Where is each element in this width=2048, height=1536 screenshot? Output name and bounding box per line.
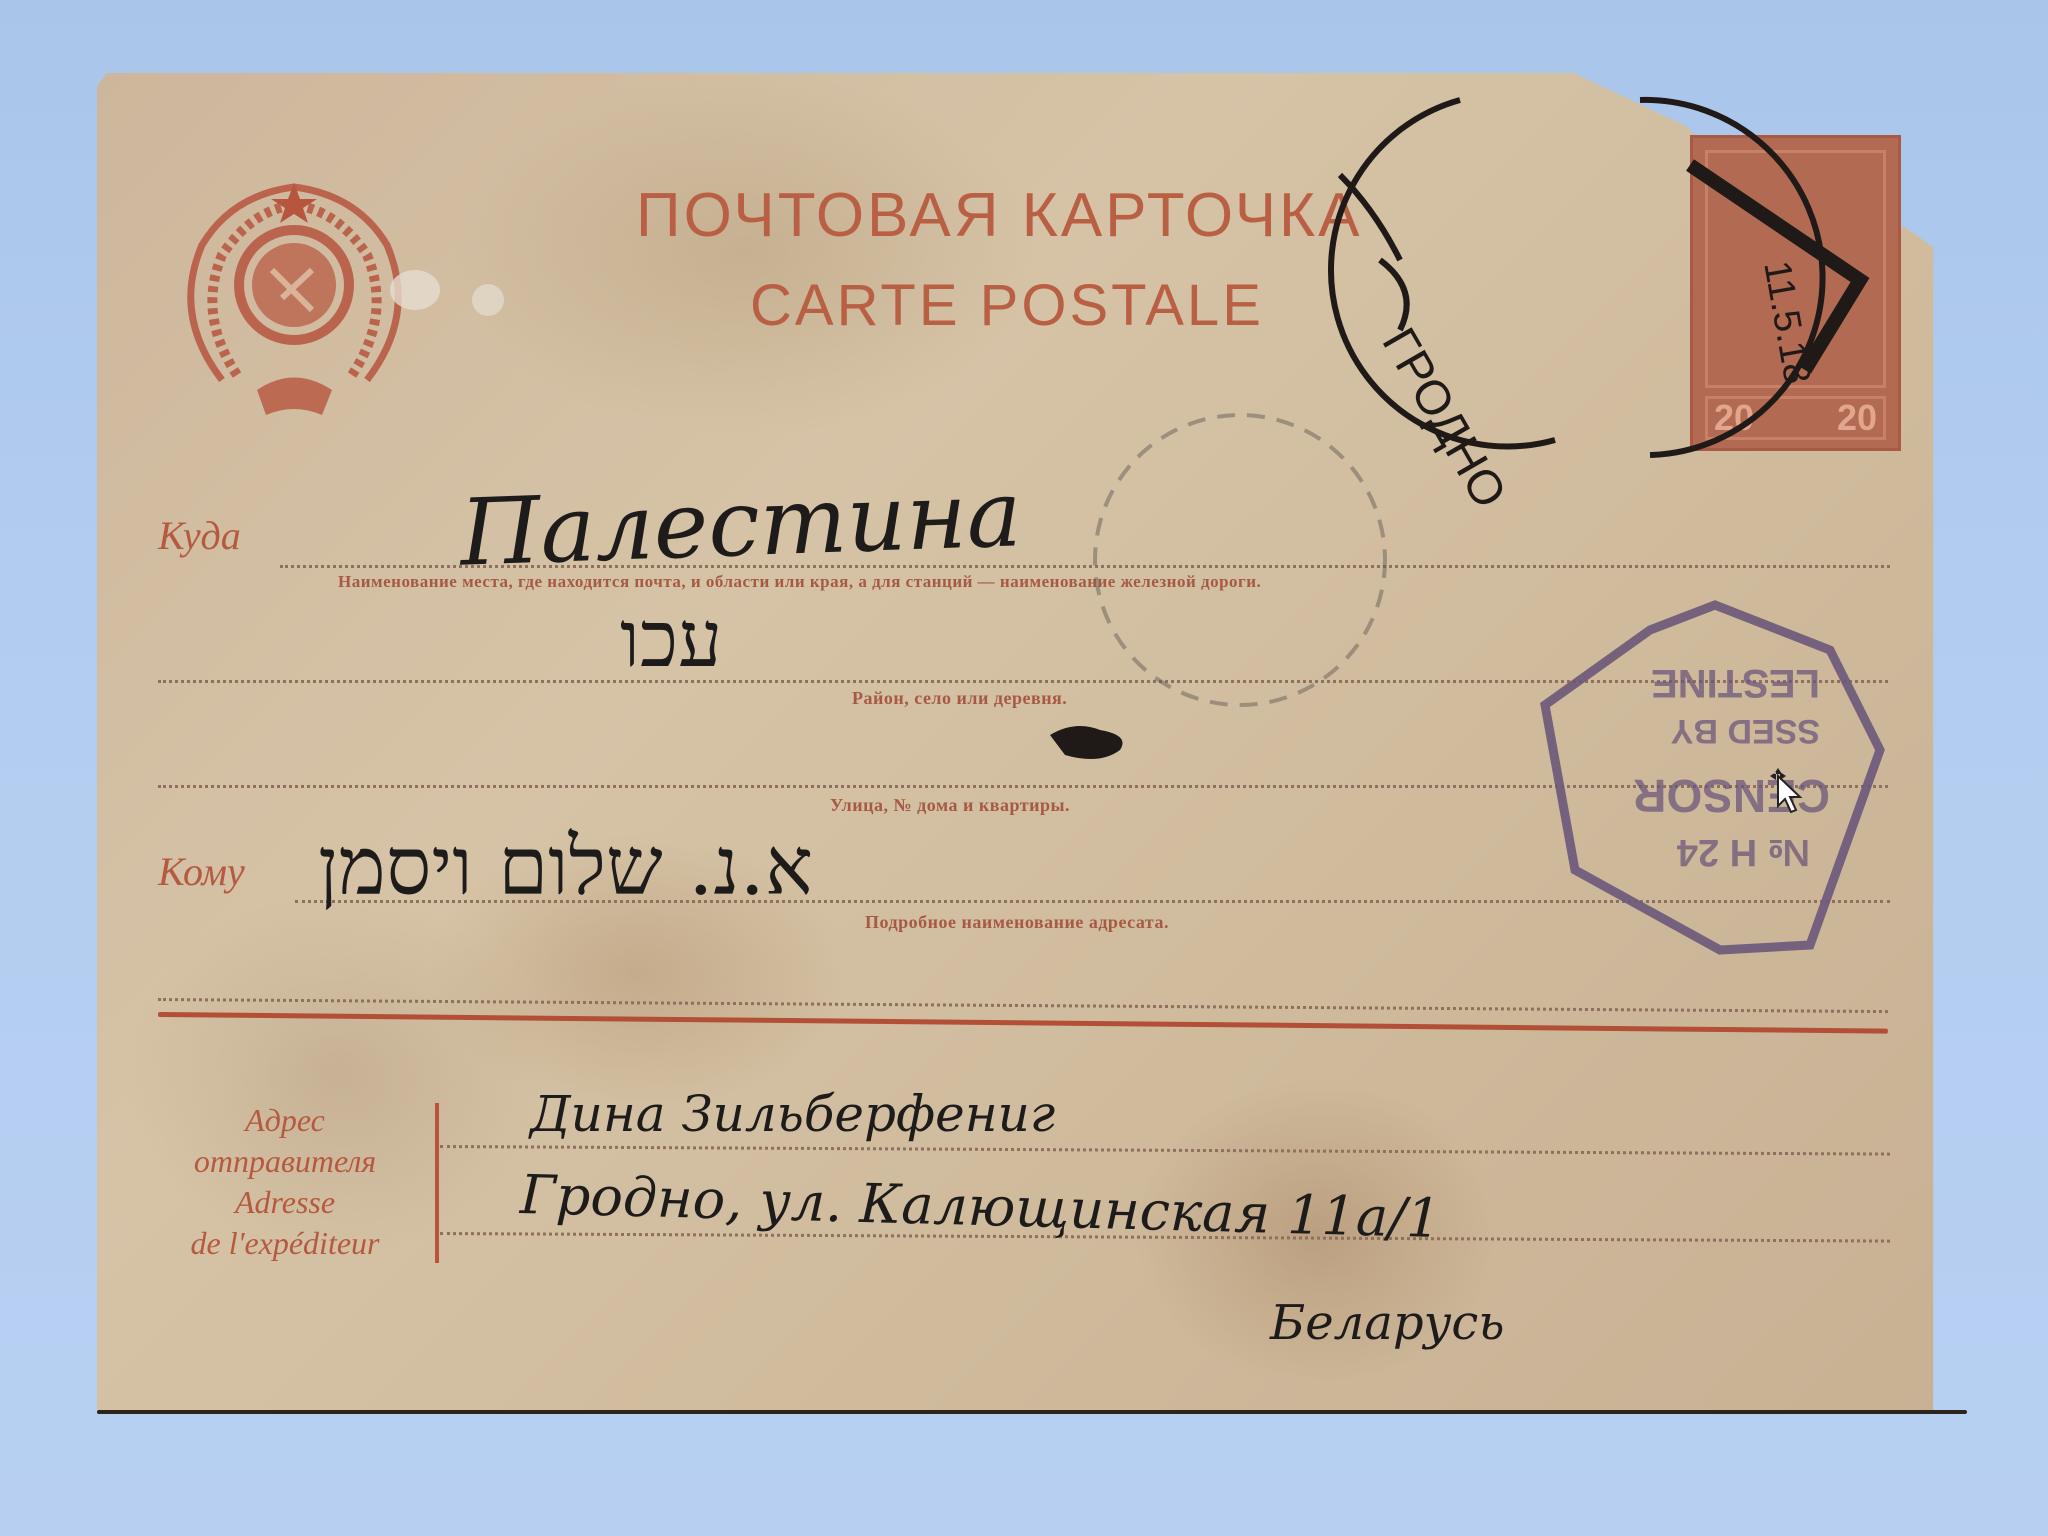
mouse-cursor-icon — [1770, 768, 1810, 818]
stamp-cancel-postmark — [1640, 100, 1860, 455]
svg-text:LESTINE: LESTINE — [1651, 661, 1820, 705]
svg-text:SSED BY: SSED BY — [1670, 712, 1820, 750]
postmarks-layer: ГРОДНО 11.5.18 № H 24 CENSOR SSED BY LES… — [0, 0, 2048, 1536]
grodno-postmark-text: ГРОДНО — [1371, 319, 1516, 517]
stamp-cancel-date: 11.5.18 — [1755, 258, 1818, 387]
svg-text:№ H 24: № H 24 — [1677, 831, 1810, 873]
